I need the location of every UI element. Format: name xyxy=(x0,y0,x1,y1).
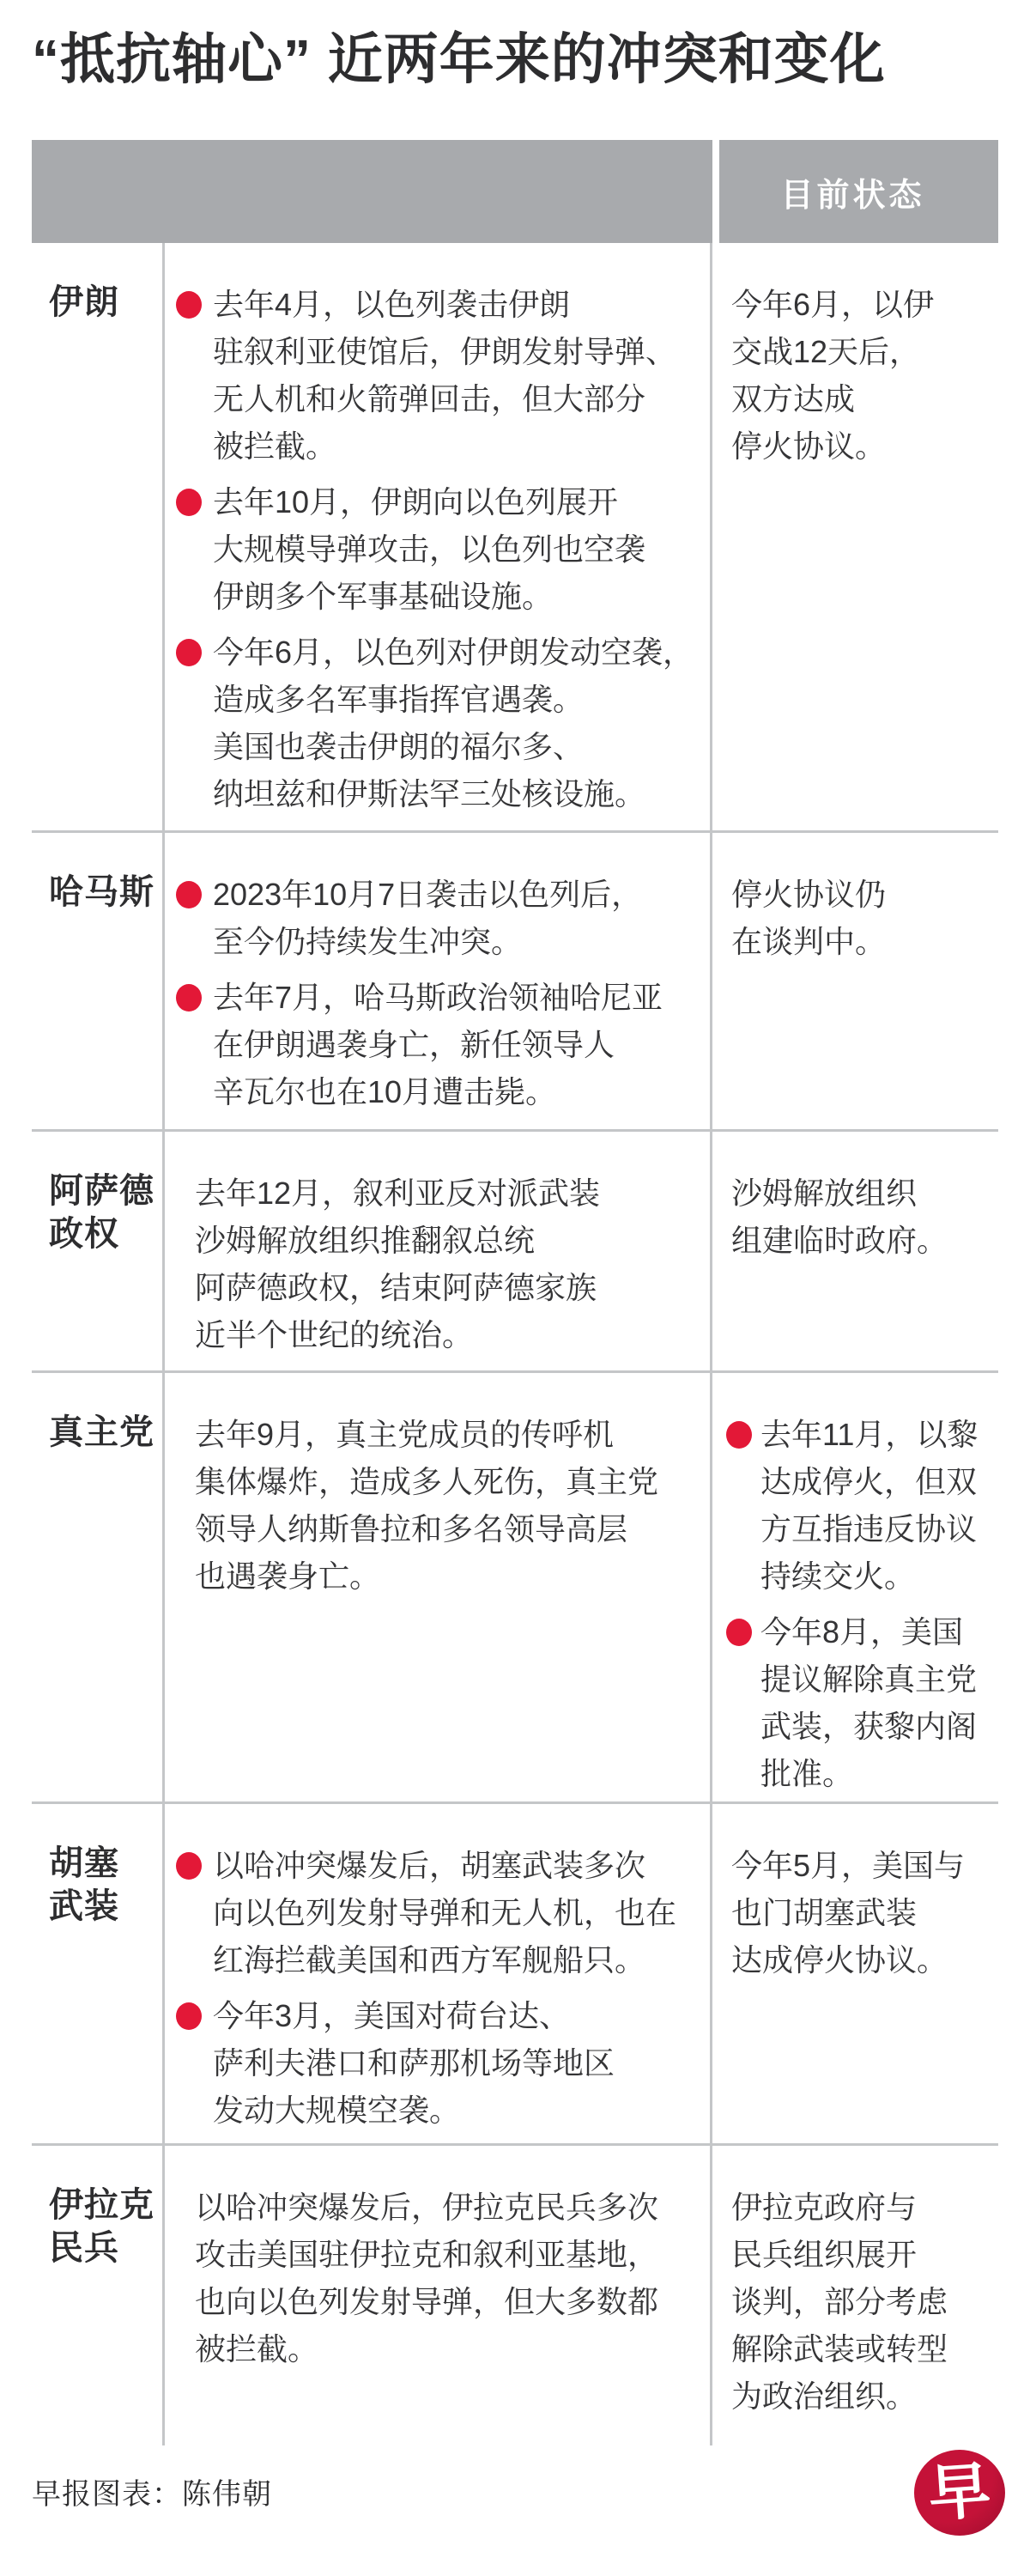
row-label: 伊朗 xyxy=(32,243,165,843)
event-item: 今年6月，以色列对伊朗发动空袭， 造成多名军事指挥官遇袭。 美国也袭击伊朗的福尔… xyxy=(165,629,710,817)
event-text: 去年11月，以黎 达成停火，但双 方互指违反协议 持续交火。 xyxy=(760,1411,978,1600)
event-item: 去年10月，伊朗向以色列展开 大规模导弹攻击，以色列也空袭 伊朗多个军事基础设施… xyxy=(165,478,710,620)
event-text: 今年6月，以伊 交战12天后， 双方达成 停火协议。 xyxy=(731,281,934,470)
event-item: 去年4月，以色列袭击伊朗 驻叙利亚使馆后，伊朗发射导弹、 无人机和火箭弹回击，但… xyxy=(165,281,710,470)
row-events: 去年12月，叙利亚反对派武装 沙姆解放组织推翻叙总统 阿萨德政权，结束阿萨德家族… xyxy=(165,1132,712,1384)
row-label: 哈马斯 xyxy=(32,833,165,1141)
bullet-icon xyxy=(176,291,202,319)
event-item: 去年12月，叙利亚反对派武装 沙姆解放组织推翻叙总统 阿萨德政权，结束阿萨德家族… xyxy=(165,1170,710,1358)
header-band-gap xyxy=(712,140,719,243)
event-text: 2023年10月7日袭击以色列后， 至今仍持续发生冲突。 xyxy=(213,871,642,965)
event-text: 去年9月，真主党成员的传呼机 集体爆炸，造成多人死伤，真主党 领导人纳斯鲁拉和多… xyxy=(195,1411,658,1600)
event-item: 今年8月，美国 提议解除真主党 武装，获黎内阁 批准。 xyxy=(712,1608,998,1797)
event-item: 去年11月，以黎 达成停火，但双 方互指违反协议 持续交火。 xyxy=(712,1411,998,1600)
event-item: 伊拉克政府与 民兵组织展开 谈判，部分考虑 解除武装或转型 为政治组织。 xyxy=(712,2184,998,2420)
event-item: 沙姆解放组织 组建临时政府。 xyxy=(712,1170,998,1264)
event-text: 去年12月，叙利亚反对派武装 沙姆解放组织推翻叙总统 阿萨德政权，结束阿萨德家族… xyxy=(195,1170,600,1358)
row-label: 伊拉克 民兵 xyxy=(32,2146,165,2445)
bullet-icon xyxy=(176,2002,202,2030)
footer: 早报图表：陈伟朝 早 xyxy=(32,2431,998,2536)
bullet-icon xyxy=(176,639,202,666)
bullet-icon xyxy=(726,1619,752,1646)
event-text: 伊拉克政府与 民兵组织展开 谈判，部分考虑 解除武装或转型 为政治组织。 xyxy=(731,2184,948,2420)
event-text: 去年4月，以色列袭击伊朗 驻叙利亚使馆后，伊朗发射导弹、 无人机和火箭弹回击，但… xyxy=(213,281,676,470)
page-title: “抵抗轴心” 近两年来的冲突和变化 xyxy=(32,0,998,93)
event-item: 去年7月，哈马斯政治领袖哈尼亚 在伊朗遇袭身亡，新任领导人 辛瓦尔也在10月遭击… xyxy=(165,974,710,1115)
event-item: 去年9月，真主党成员的传呼机 集体爆炸，造成多人死伤，真主党 领导人纳斯鲁拉和多… xyxy=(165,1411,710,1600)
row-status: 沙姆解放组织 组建临时政府。 xyxy=(712,1132,998,1384)
row-label: 胡塞 武装 xyxy=(32,1804,165,2160)
zaobao-logo: 早 xyxy=(914,2450,1005,2536)
event-text: 去年10月，伊朗向以色列展开 大规模导弹攻击，以色列也空袭 伊朗多个军事基础设施… xyxy=(213,478,645,620)
event-item: 停火协议仍 在谈判中。 xyxy=(712,871,998,965)
row-events: 去年9月，真主党成员的传呼机 集体爆炸，造成多人死伤，真主党 领导人纳斯鲁拉和多… xyxy=(165,1373,712,1823)
event-item: 今年6月，以伊 交战12天后， 双方达成 停火协议。 xyxy=(712,281,998,470)
event-text: 以哈冲突爆发后，胡塞武装多次 向以色列发射导弹和无人机，也在 红海拦截美国和西方… xyxy=(213,1842,676,1984)
row-label: 阿萨德 政权 xyxy=(32,1132,165,1384)
event-text: 今年5月，美国与 也门胡塞武装 达成停火协议。 xyxy=(731,1842,965,1984)
event-item: 以哈冲突爆发后，胡塞武装多次 向以色列发射导弹和无人机，也在 红海拦截美国和西方… xyxy=(165,1842,710,1984)
row-label: 真主党 xyxy=(32,1373,165,1823)
table-row: 阿萨德 政权 去年12月，叙利亚反对派武装 沙姆解放组织推翻叙总统 阿萨德政权，… xyxy=(32,1129,998,1370)
table-row: 伊朗 去年4月，以色列袭击伊朗 驻叙利亚使馆后，伊朗发射导弹、 无人机和火箭弹回… xyxy=(32,243,998,830)
bullet-icon xyxy=(176,881,202,908)
table-body: 伊朗 去年4月，以色列袭击伊朗 驻叙利亚使馆后，伊朗发射导弹、 无人机和火箭弹回… xyxy=(32,243,998,2431)
event-text: 今年6月，以色列对伊朗发动空袭， 造成多名军事指挥官遇袭。 美国也袭击伊朗的福尔… xyxy=(213,629,694,817)
table-row: 哈马斯 2023年10月7日袭击以色列后， 至今仍持续发生冲突。去年7月，哈马斯… xyxy=(32,830,998,1129)
event-item: 以哈冲突爆发后，伊拉克民兵多次 攻击美国驻伊拉克和叙利亚基地， 也向以色列发射导… xyxy=(165,2184,710,2372)
credit-text: 早报图表：陈伟朝 xyxy=(32,2470,272,2512)
row-status: 去年11月，以黎 达成停火，但双 方互指违反协议 持续交火。今年8月，美国 提议… xyxy=(712,1373,998,1823)
event-text: 沙姆解放组织 组建临时政府。 xyxy=(731,1170,948,1264)
row-status: 伊拉克政府与 民兵组织展开 谈判，部分考虑 解除武装或转型 为政治组织。 xyxy=(712,2146,998,2445)
zaobao-logo-glyph: 早 xyxy=(927,2460,993,2526)
row-events: 以哈冲突爆发后，伊拉克民兵多次 攻击美国驻伊拉克和叙利亚基地， 也向以色列发射导… xyxy=(165,2146,712,2445)
table-row: 胡塞 武装 以哈冲突爆发后，胡塞武装多次 向以色列发射导弹和无人机，也在 红海拦… xyxy=(32,1801,998,2143)
event-text: 今年3月，美国对荷台达、 萨利夫港口和萨那机场等地区 发动大规模空袭。 xyxy=(213,1992,615,2134)
event-text: 今年8月，美国 提议解除真主党 武装，获黎内阁 批准。 xyxy=(760,1608,977,1797)
bullet-icon xyxy=(176,984,202,1012)
row-status: 今年6月，以伊 交战12天后， 双方达成 停火协议。 xyxy=(712,243,998,843)
row-status: 今年5月，美国与 也门胡塞武装 达成停火协议。 xyxy=(712,1804,998,2160)
row-events: 以哈冲突爆发后，胡塞武装多次 向以色列发射导弹和无人机，也在 红海拦截美国和西方… xyxy=(165,1804,712,2160)
row-events: 去年4月，以色列袭击伊朗 驻叙利亚使馆后，伊朗发射导弹、 无人机和火箭弹回击，但… xyxy=(165,243,712,843)
table-row: 伊拉克 民兵 以哈冲突爆发后，伊拉克民兵多次 攻击美国驻伊拉克和叙利亚基地， 也… xyxy=(32,2143,998,2431)
event-item: 今年5月，美国与 也门胡塞武装 达成停火协议。 xyxy=(712,1842,998,1984)
bullet-icon xyxy=(176,489,202,516)
event-text: 停火协议仍 在谈判中。 xyxy=(731,871,886,965)
bullet-icon xyxy=(726,1421,752,1449)
event-item: 2023年10月7日袭击以色列后， 至今仍持续发生冲突。 xyxy=(165,871,710,965)
row-status: 停火协议仍 在谈判中。 xyxy=(712,833,998,1141)
row-events: 2023年10月7日袭击以色列后， 至今仍持续发生冲突。去年7月，哈马斯政治领袖… xyxy=(165,833,712,1141)
event-text: 去年7月，哈马斯政治领袖哈尼亚 在伊朗遇袭身亡，新任领导人 辛瓦尔也在10月遭击… xyxy=(213,974,663,1115)
event-item: 今年3月，美国对荷台达、 萨利夫港口和萨那机场等地区 发动大规模空袭。 xyxy=(165,1992,710,2134)
event-text: 以哈冲突爆发后，伊拉克民兵多次 攻击美国驻伊拉克和叙利亚基地， 也向以色列发射导… xyxy=(195,2184,658,2372)
header-band-left xyxy=(32,140,712,243)
table-header: 目前状态 xyxy=(32,140,998,243)
table-row: 真主党 去年9月，真主党成员的传呼机 集体爆炸，造成多人死伤，真主党 领导人纳斯… xyxy=(32,1370,998,1801)
status-column-header: 目前状态 xyxy=(719,140,998,243)
bullet-icon xyxy=(176,1852,202,1880)
infographic-page: “抵抗轴心” 近两年来的冲突和变化 目前状态 伊朗 去年4月，以色列袭击伊朗 驻… xyxy=(0,0,1030,2576)
